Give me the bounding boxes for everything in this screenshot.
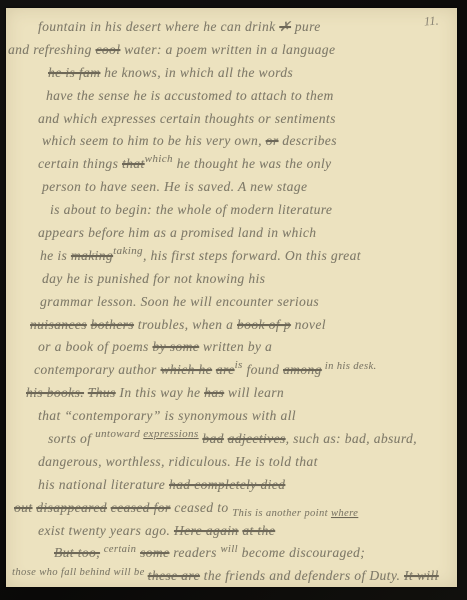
- handwritten-text: person to have seen. He is saved. A new …: [42, 179, 307, 194]
- manuscript-line: his books. Thus In this way he has will …: [26, 385, 453, 408]
- manuscript-line: exist twenty years ago. Here again at th…: [38, 523, 453, 546]
- handwritten-text: , his first steps forward. On this great: [143, 248, 361, 263]
- handwritten-text: readers: [169, 545, 220, 560]
- manuscript-line: and refreshing cool water: a poem writte…: [8, 42, 453, 65]
- handwritten-text: and refreshing: [8, 42, 96, 57]
- inserted-text: This is another point: [232, 508, 331, 519]
- struck-text: bothers: [91, 317, 134, 332]
- handwritten-text: and which expresses certain thoughts or …: [38, 111, 336, 126]
- manuscript-line: those who fall behind will be these are …: [12, 568, 453, 591]
- struck-text: had completely died: [169, 477, 285, 492]
- manuscript-line: But too, certain some readers will becom…: [54, 545, 453, 568]
- handwritten-text: ceased to: [171, 500, 233, 515]
- handwritten-text: contemporary author: [34, 362, 161, 377]
- inserted-text: is: [235, 359, 243, 371]
- struck-text: these are: [148, 568, 200, 583]
- inserted-text: those who fall behind will be: [12, 567, 148, 578]
- struck-text: ✗: [279, 19, 291, 34]
- manuscript-line: he is makingtaking, his first steps forw…: [40, 248, 453, 271]
- handwritten-text: In this way he: [116, 385, 205, 400]
- manuscript-line: have the sense he is accustomed to attac…: [46, 88, 453, 111]
- manuscript-line: or a book of poems by some written by a: [38, 339, 453, 362]
- handwritten-text: dangerous, worthless, ridiculous. He is …: [38, 454, 318, 469]
- handwritten-text: fountain in his desert where he can drin…: [38, 19, 279, 34]
- inserted-text: where: [331, 508, 358, 519]
- struck-text: by some: [152, 339, 199, 354]
- inserted-text: expressions: [143, 428, 198, 440]
- struck-text: But too,: [54, 545, 100, 560]
- struck-text: his books.: [26, 385, 84, 400]
- struck-text: which he: [161, 362, 213, 377]
- handwritten-text: troubles, when a: [134, 317, 237, 332]
- struck-text: has: [204, 385, 224, 400]
- handwritten-text: which seem to him to be his very own,: [42, 133, 266, 148]
- handwritten-text: become discouraged;: [238, 545, 365, 560]
- struck-text: book of p: [237, 317, 291, 332]
- struck-text: bad: [202, 431, 223, 446]
- manuscript-line: he is fam he knows, in which all the wor…: [48, 65, 453, 88]
- manuscript-line: certain things thatwhich he thought he w…: [38, 156, 453, 179]
- handwritten-text: he is: [40, 248, 71, 263]
- struck-text: he is fam: [48, 65, 100, 80]
- manuscript-line: sorts of untoward expressions bad adject…: [48, 431, 453, 454]
- handwritten-text: pure: [291, 19, 321, 34]
- handwritten-text: day he is punished for not knowing his: [42, 271, 265, 286]
- manuscript-line: fountain in his desert where he can drin…: [38, 19, 453, 42]
- manuscript-line: his national literature had completely d…: [38, 477, 453, 500]
- handwritten-text: , such as: bad, absurd,: [286, 431, 417, 446]
- inserted-text: will: [221, 544, 238, 555]
- inserted-text: which: [145, 153, 173, 165]
- struck-text: among: [283, 362, 322, 377]
- photo-background: 11. fountain in his desert where he can …: [0, 0, 467, 600]
- manuscript-line: grammar lesson. Soon he will encounter s…: [40, 294, 453, 317]
- handwritten-text: he thought he was the only: [173, 156, 332, 171]
- handwritten-text: found: [243, 362, 283, 377]
- struck-text: cool: [96, 42, 121, 57]
- manuscript-line: day he is punished for not knowing his: [42, 271, 453, 294]
- handwritten-text: his national literature: [38, 477, 169, 492]
- manuscript-line: contemporary author which he areis found…: [34, 362, 453, 385]
- handwritten-text: certain things: [38, 156, 122, 171]
- handwritten-text: or a book of poems: [38, 339, 152, 354]
- handwritten-text: novel: [291, 317, 326, 332]
- handwritten-text: the friends and defenders of Duty.: [200, 568, 404, 583]
- handwritten-text: sorts of: [48, 431, 95, 446]
- inserted-text: taking: [113, 245, 143, 257]
- handwritten-text: water: a poem written in a language: [120, 42, 335, 57]
- manuscript-text: fountain in his desert where he can drin…: [6, 19, 453, 591]
- manuscript-line: person to have seen. He is saved. A new …: [42, 179, 453, 202]
- handwritten-text: have the sense he is accustomed to attac…: [46, 88, 334, 103]
- inserted-text: untoward: [95, 428, 143, 440]
- manuscript-line: dangerous, worthless, ridiculous. He is …: [38, 454, 453, 477]
- inserted-text: in his desk.: [322, 361, 377, 372]
- struck-text: out: [14, 500, 32, 515]
- handwritten-text: will learn: [224, 385, 284, 400]
- manuscript-line: out disappeared ceased for ceased to Thi…: [14, 500, 453, 523]
- struck-text: or: [266, 133, 279, 148]
- handwritten-text: appears before him as a promised land in…: [38, 225, 316, 240]
- handwritten-text: he knows, in which all the words: [100, 65, 293, 80]
- struck-text: ceased for: [111, 500, 171, 515]
- struck-text: Here again: [174, 523, 239, 538]
- handwritten-text: written by a: [199, 339, 272, 354]
- manuscript-line: appears before him as a promised land in…: [38, 225, 453, 248]
- struck-text: nuisances: [30, 317, 87, 332]
- struck-text: that: [122, 156, 145, 171]
- manuscript-line: is about to begin: the whole of modern l…: [50, 202, 453, 225]
- struck-text: adjectives: [228, 431, 286, 446]
- handwritten-text: describes: [278, 133, 336, 148]
- struck-text: at the: [242, 523, 275, 538]
- handwritten-text: that “contemporary” is synonymous with a…: [38, 408, 296, 423]
- inserted-text: certain: [104, 544, 137, 555]
- struck-text: making: [71, 248, 113, 263]
- manuscript-line: and which expresses certain thoughts or …: [38, 111, 453, 134]
- manuscript-line: nuisances bothers troubles, when a book …: [30, 317, 453, 340]
- struck-text: Thus: [88, 385, 116, 400]
- manuscript-line: which seem to him to be his very own, or…: [42, 133, 453, 156]
- manuscript-page: 11. fountain in his desert where he can …: [6, 8, 457, 587]
- handwritten-text: exist twenty years ago.: [38, 523, 174, 538]
- handwritten-text: grammar lesson. Soon he will encounter s…: [40, 294, 319, 309]
- struck-text: disappeared: [36, 500, 107, 515]
- handwritten-text: is about to begin: the whole of modern l…: [50, 202, 332, 217]
- struck-text: some: [140, 545, 169, 560]
- struck-text: It will: [404, 568, 439, 583]
- struck-text: are: [216, 362, 235, 377]
